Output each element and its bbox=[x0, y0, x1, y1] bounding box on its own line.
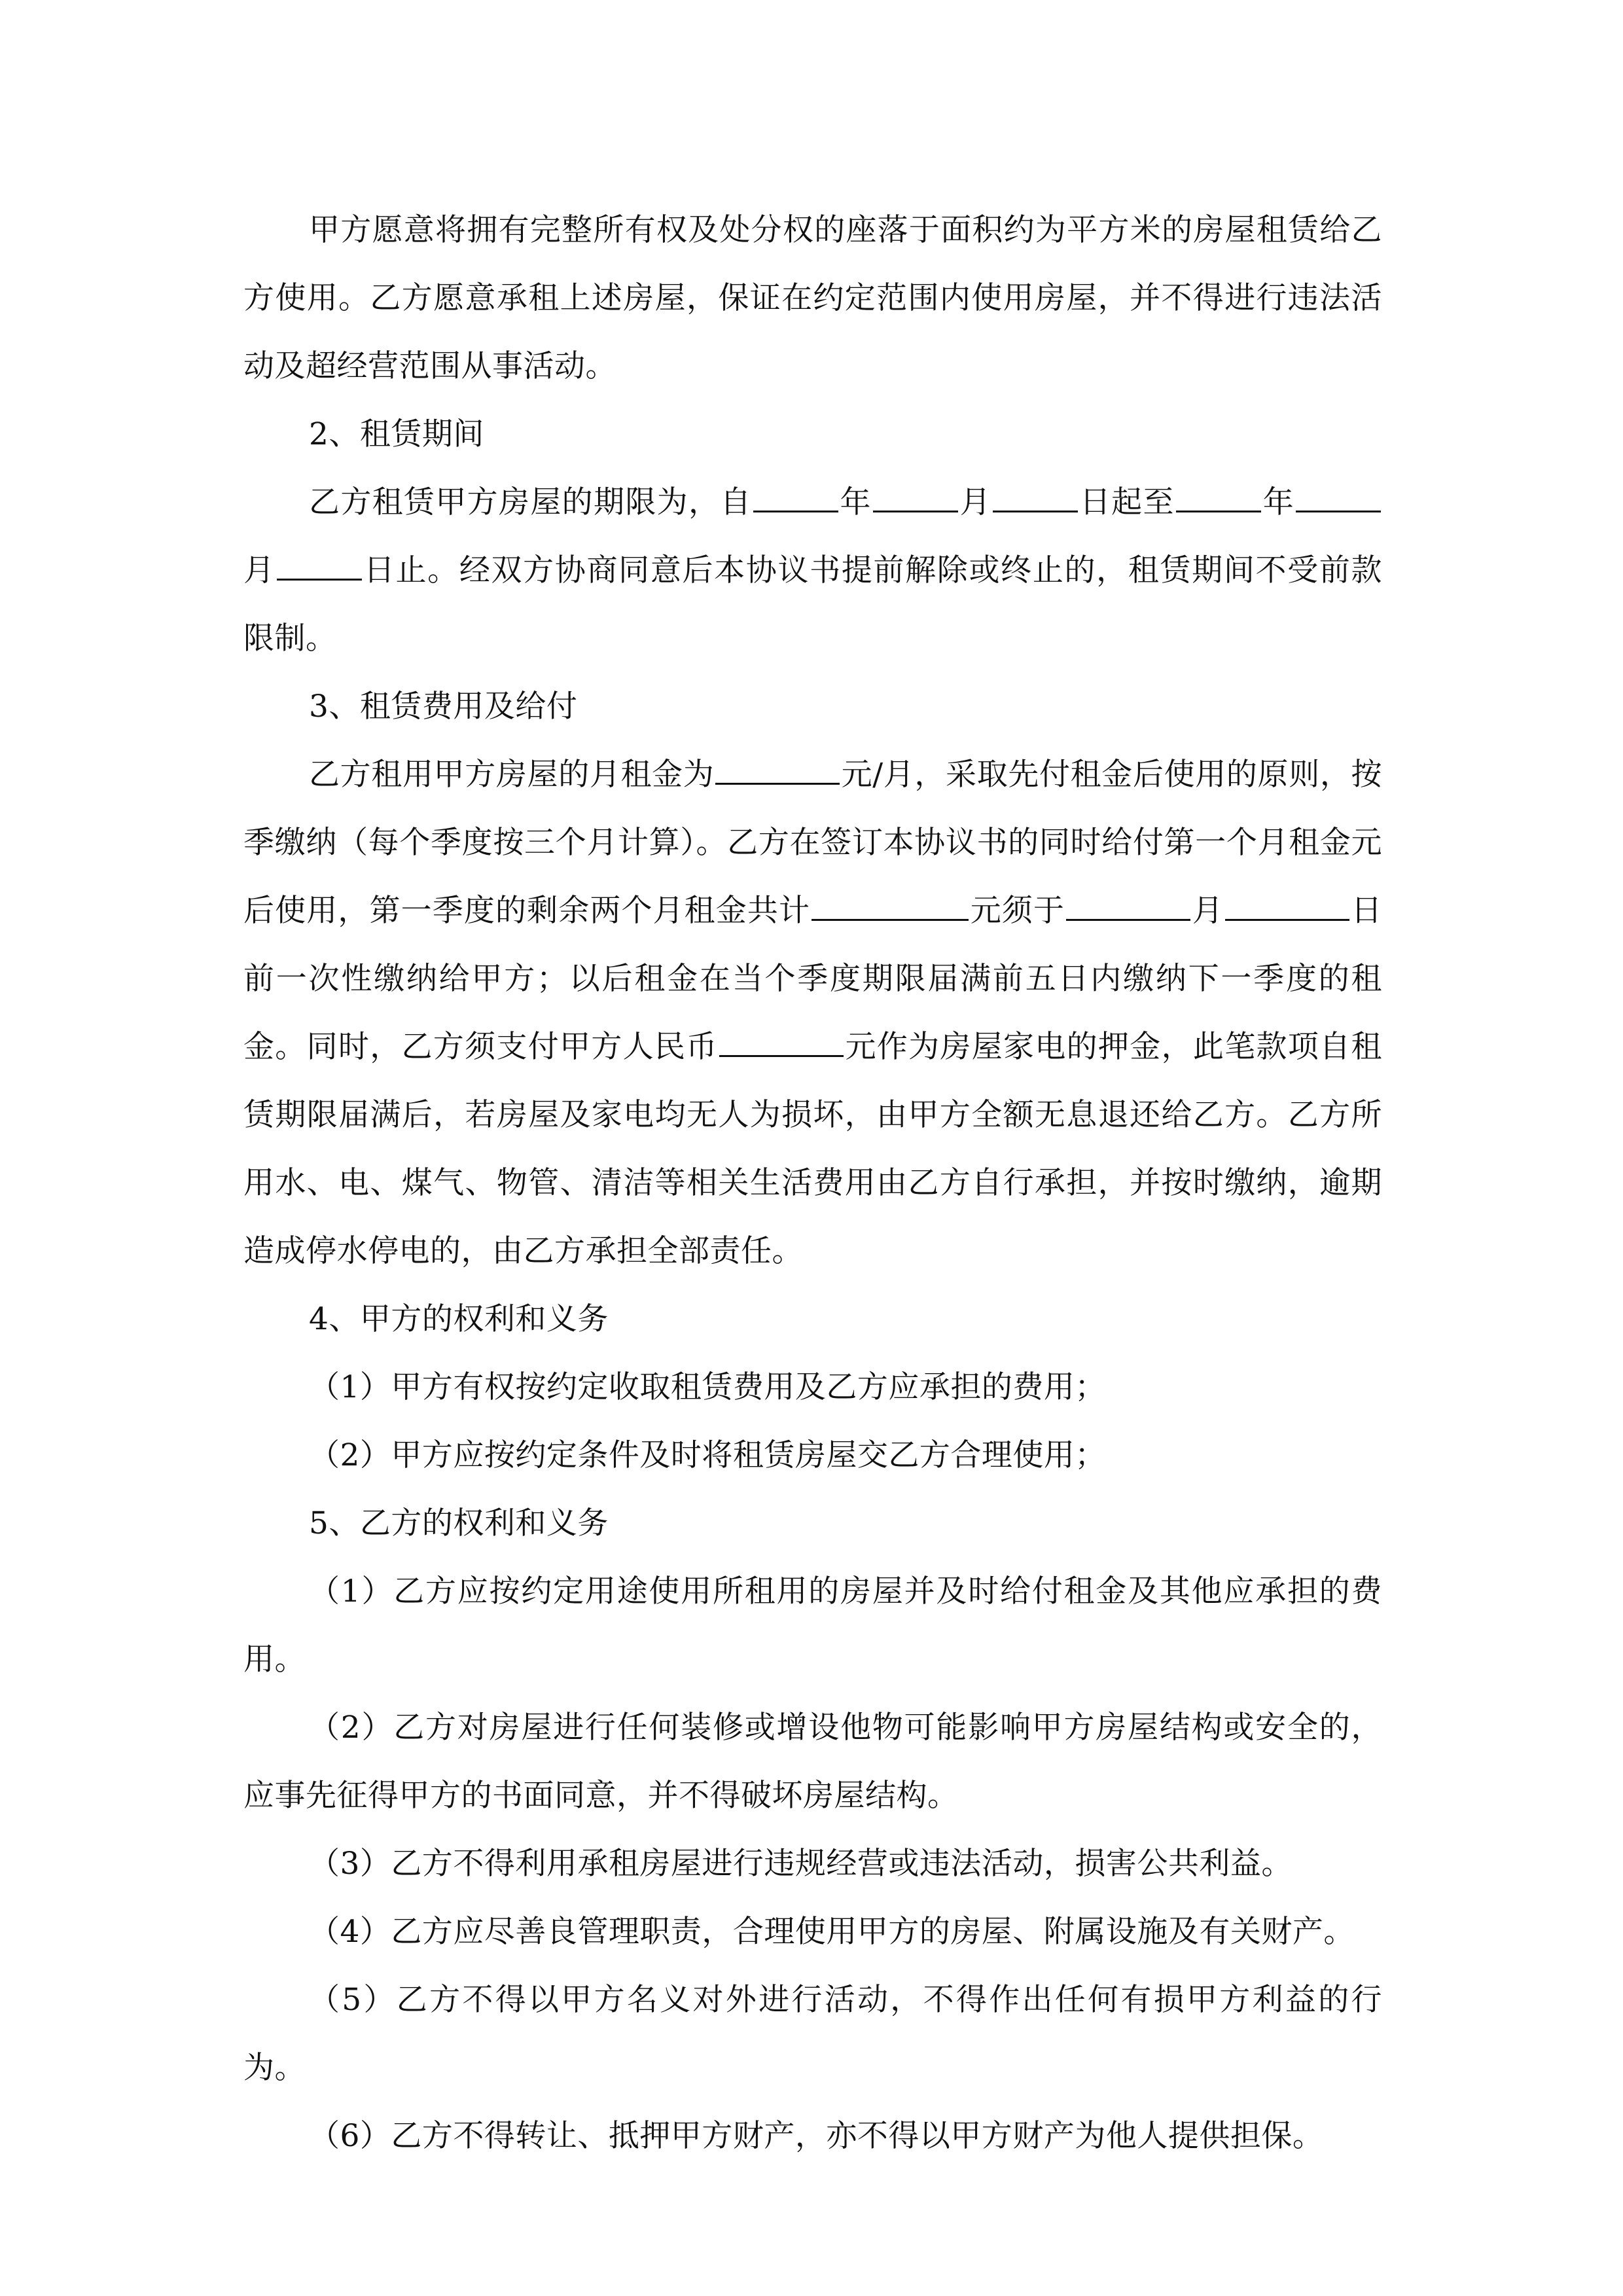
section-heading-lessor-rights: 4、甲方的权利和义务 bbox=[243, 1285, 1382, 1354]
text-span: 元须于 bbox=[970, 893, 1065, 929]
text-span: 乙方租用甲方房屋的月租金为 bbox=[309, 757, 714, 793]
text-span: 月 bbox=[243, 552, 276, 588]
text-span: 日起至 bbox=[1079, 484, 1175, 520]
blank-deposit[interactable] bbox=[719, 1054, 844, 1057]
blank-end-year[interactable] bbox=[1176, 510, 1261, 512]
document-page: 甲方愿意将拥有完整所有权及处分权的座落于面积约为平方米的房屋租赁给乙方使用。乙方… bbox=[243, 196, 1382, 2170]
lessee-item-4: （4）乙方应尽善良管理职责，合理使用甲方的房屋、附属设施及有关财产。 bbox=[243, 1898, 1382, 1966]
section-heading-fees: 3、租赁费用及给付 bbox=[243, 673, 1382, 741]
text-span: 乙方租赁甲方房屋的期限为，自 bbox=[309, 484, 752, 520]
blank-due-month[interactable] bbox=[1066, 918, 1190, 921]
text-span: 年 bbox=[840, 484, 872, 520]
lessee-item-1: （1）乙方应按约定用途使用所租用的房屋并及时给付租金及其他应承担的费用。 bbox=[243, 1558, 1382, 1694]
blank-end-month-pre[interactable] bbox=[1296, 510, 1381, 512]
lessee-item-5: （5）乙方不得以甲方名义对外进行活动，不得作出任何有损甲方利益的行为。 bbox=[243, 1966, 1382, 2102]
text-span: 月 bbox=[959, 484, 991, 520]
section-heading-lease-term: 2、租赁期间 bbox=[243, 401, 1382, 469]
lessor-item-1: （1）甲方有权按约定收取租赁费用及乙方应承担的费用； bbox=[243, 1354, 1382, 1422]
lessee-item-3: （3）乙方不得利用承租房屋进行违规经营或违法活动，损害公共利益。 bbox=[243, 1830, 1382, 1898]
paragraph-lease-term: 乙方租赁甲方房屋的期限为，自年月日起至年月日止。经双方协商同意后本协议书提前解除… bbox=[243, 469, 1382, 673]
text-span: 月 bbox=[1192, 893, 1224, 929]
paragraph-fees: 乙方租用甲方房屋的月租金为元/月，采取先付租金后使用的原则，按季缴纳（每个季度按… bbox=[243, 741, 1382, 1285]
blank-end-day[interactable] bbox=[277, 578, 362, 581]
lessee-item-6: （6）乙方不得转让、抵押甲方财产，亦不得以甲方财产为他人提供担保。 bbox=[243, 2102, 1382, 2170]
section-heading-lessee-rights: 5、乙方的权利和义务 bbox=[243, 1490, 1382, 1558]
blank-due-day[interactable] bbox=[1225, 918, 1349, 921]
blank-remaining-rent[interactable] bbox=[811, 918, 969, 921]
blank-start-day[interactable] bbox=[993, 510, 1078, 512]
paragraph-lease-object: 甲方愿意将拥有完整所有权及处分权的座落于面积约为平方米的房屋租赁给乙方使用。乙方… bbox=[243, 196, 1382, 401]
blank-start-year[interactable] bbox=[753, 510, 838, 512]
lessor-item-2: （2）甲方应按约定条件及时将租赁房屋交乙方合理使用； bbox=[243, 1422, 1382, 1490]
text-span: 元作为房屋家电的押金，此笔款项自租赁期限届满后，若房屋及家电均无人为损坏，由甲方… bbox=[243, 1029, 1382, 1269]
blank-start-month[interactable] bbox=[873, 510, 958, 512]
lessee-item-2: （2）乙方对房屋进行任何装修或增设他物可能影响甲方房屋结构或安全的，应事先征得甲… bbox=[243, 1694, 1382, 1830]
blank-monthly-rent[interactable] bbox=[715, 782, 840, 785]
text-span: 日止。经双方协商同意后本协议书提前解除或终止的，租赁期间不受前款限制。 bbox=[243, 552, 1382, 656]
text-span: 年 bbox=[1262, 484, 1294, 520]
